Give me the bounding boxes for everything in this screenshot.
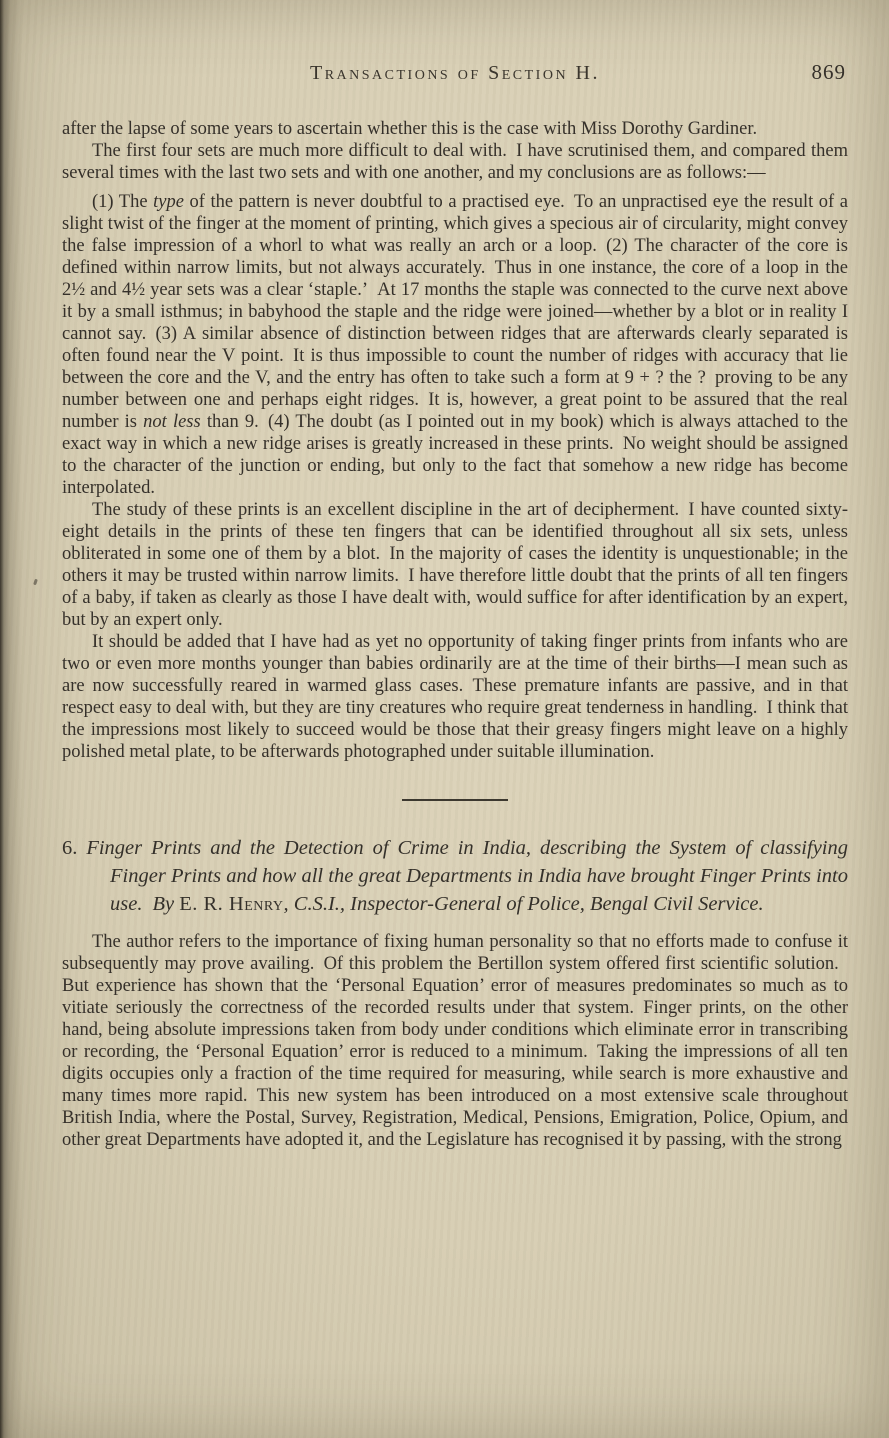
section6-heading: 6. Finger Prints and the Detection of Cr… [62,834,848,918]
paragraph-first-four-sets: The first four sets are much more diffic… [62,140,848,184]
conclusions-italic-type: type [153,192,184,212]
conclusions-text-2: of the pattern is never doubtful to a pr… [62,192,848,432]
section6-affiliation: Inspector-General of Police, Bengal Civi… [350,893,763,915]
section6-number: 6. [62,837,77,859]
section6-abstract: The author refers to the importance of f… [62,931,848,1151]
conclusions-text-1: (1) The [92,192,153,212]
paragraph-abstract: The author refers to the importance of f… [62,931,848,1151]
running-header-title: Transactions of Section H. [62,62,848,85]
section6-honors: , C.S.I., [284,893,346,915]
section6-author: E. R. Henry [179,893,283,915]
paragraph-conclusions: (1) The type of the pattern is never dou… [62,191,848,499]
conclusions-italic-not-less: not less [143,412,201,432]
section-divider-rule [402,799,508,801]
paragraph-continuation: after the lapse of some years to ascerta… [62,118,848,140]
body-text: after the lapse of some years to ascerta… [62,118,848,763]
running-header: Transactions of Section H. 869 [62,52,848,92]
page-content: Transactions of Section H. 869 after the… [62,52,848,1151]
page-number: 869 [812,60,847,85]
print-artifact [33,579,38,586]
section6-by-word: By [152,893,174,915]
book-page-scan: Transactions of Section H. 869 after the… [0,0,889,1438]
paragraph-study-of-prints: The study of these prints is an excellen… [62,499,848,631]
paragraph-premature-infants: It should be added that I have had as ye… [62,631,848,763]
